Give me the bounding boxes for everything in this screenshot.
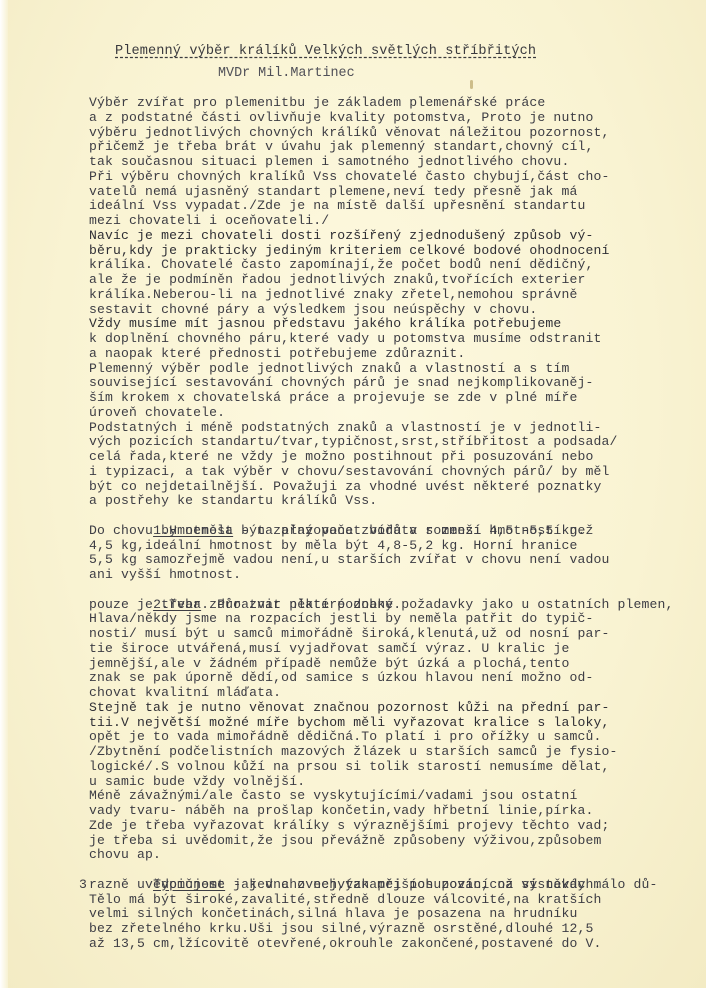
- text-line: znak se pak úporně dědí,od samice s úzko…: [89, 671, 689, 686]
- text-line: králíka.Neberou-li na jednotlivé znaky z…: [89, 288, 689, 303]
- text-line: tie široce utvářená,musí vyjadřovat samč…: [89, 642, 689, 657]
- text-line: až 13,5 cm,lžícovitě otevřené,okrouhle z…: [89, 937, 689, 952]
- section-typicality: 3Typičnost - jedna z nejvýznamějších poz…: [89, 863, 689, 952]
- text-line: chovu ap.: [89, 848, 689, 863]
- document-author: MVDr Mil.Martinec: [218, 66, 355, 81]
- text-line: být co nejdetailnější. Považuji za vhodn…: [89, 480, 689, 495]
- text-line: k doplnění chovného páru,které vady u po…: [89, 332, 689, 347]
- text-line: chovat kvalitní mláďata.: [89, 686, 689, 701]
- ink-smudge: [470, 80, 473, 89]
- text-line: 5,5 kg samozřejmě vadou není,u starších …: [89, 553, 689, 568]
- text-line: Tělo má být široké,zavalité,středně dlou…: [89, 893, 689, 908]
- text-line: tii.V největší možné míře bychom měli vy…: [89, 716, 689, 731]
- intro-paragraphs: Výběr zvířat pro plemenitbu je základem …: [89, 96, 689, 509]
- section-number: 3: [79, 878, 87, 893]
- text-line: logické/.S volnou kůží na prsou si tolik…: [89, 760, 689, 775]
- text-line: Podstatných i méně podstatných znaků a v…: [89, 421, 689, 436]
- text-line: výběru jednotlivých chovných králíků věn…: [89, 126, 689, 141]
- section-weight: 1.Hmotnost - na plný počet bodů v rozmez…: [89, 509, 689, 583]
- text-line: Vždy musíme mít jasnou představu jakého …: [89, 317, 689, 332]
- text-line: související sestavování chovných párů je…: [89, 376, 689, 391]
- text-line: Hlava/někdy jsme na rozpacích jestli by …: [89, 612, 689, 627]
- text-line: 4,5 kg,ideální hmotnost by měla být 4,8-…: [89, 539, 689, 554]
- text-line: /Zbytnění podčelistních mazových žlázek …: [89, 745, 689, 760]
- text-line: Stejně tak je nutno věnovat značnou pozo…: [89, 701, 689, 716]
- text-line: a postřehy ke standartu králíků Vss.: [89, 494, 689, 509]
- text-line: Do chovu by neměla být zařazovana zvířat…: [89, 524, 689, 539]
- text-line: ale že je podmíněn řadou jednotlivých zn…: [89, 273, 689, 288]
- text-line: běru,kdy je prakticky jediným kriteriem …: [89, 244, 689, 259]
- text-line: tak současnou situaci plemen i samotného…: [89, 155, 689, 170]
- document-body: Výběr zvířat pro plemenitbu je základem …: [89, 96, 689, 952]
- text-line: je třeba si uvědomit,že jsou převážně zp…: [89, 834, 689, 849]
- text-line: Zde je třeba vyřazovat králíky s výrazně…: [89, 819, 689, 834]
- text-line: králíka. Chovatelé často zapomínají,že p…: [89, 258, 689, 273]
- text-line: Výběr zvířat pro plemenitbu je základem …: [89, 96, 689, 111]
- text-line: u samic bude vždy volnější.: [89, 775, 689, 790]
- text-line: opět je to vada mimořádně dědičná.To pla…: [89, 730, 689, 745]
- text-line: Plemenný výběr podle jednotlivých znaků …: [89, 362, 689, 377]
- text-line: bez zřetelného krku.Uši jsou silné,výraz…: [89, 922, 689, 937]
- section-heading: Typičnost: [153, 877, 225, 892]
- text-line: vatelů nemá ujasněný standart plemene,ne…: [89, 185, 689, 200]
- text-line: a z podstatné části ovlivňuje kvality po…: [89, 111, 689, 126]
- text-line: vady tvaru- náběh na prošlap končetin,va…: [89, 804, 689, 819]
- text-line: Při výběru chovných kralíků Vss chovatel…: [89, 170, 689, 185]
- typewritten-page: Plemenný výběr králíků Velkých světlých …: [0, 0, 706, 988]
- text-line: celá řada,které ne vždy je možno postihn…: [89, 450, 689, 465]
- text-line: úroveň chovatele.: [89, 406, 689, 421]
- text-line: ani vyšší hmotnost.: [89, 568, 689, 583]
- text-line: i typizaci, a tak výběr v chovu/sestavov…: [89, 465, 689, 480]
- text-line: a naopak které přednosti potřebujeme zdů…: [89, 347, 689, 362]
- text-line: Navíc je mezi chovateli dosti rozšířený …: [89, 229, 689, 244]
- text-line: sestavit chovné páry a výsledkem jsou ne…: [89, 303, 689, 318]
- section-heading-rest: - jedna z nejvýznamějších pozic,což si n…: [225, 877, 657, 892]
- document-title: Plemenný výběr králíků Velkých světlých …: [115, 44, 536, 59]
- text-line: velmi silných končetinách,silná hlava je…: [89, 907, 689, 922]
- text-line: ším krokem x chovatelská práce a projevu…: [89, 391, 689, 406]
- section-shape: 2.Tvar. Pro tvar platí podobné požadavky…: [89, 583, 689, 863]
- text-line: jemnější,ale v žádném případě nemůže být…: [89, 657, 689, 672]
- text-line: mezi chovateli i oceňovateli./: [89, 214, 689, 229]
- text-line: Méně závažnými/ale často se vyskytujícím…: [89, 789, 689, 804]
- text-line: nosti/ musí být u samců mimořádně široká…: [89, 627, 689, 642]
- text-line: vých pozicích standartu/tvar,typičnost,s…: [89, 435, 689, 450]
- text-line: ideální Vss vypadat./Zde je na místě dal…: [89, 199, 689, 214]
- text-line: přičemž je třeba brát v úvahu jak plemen…: [89, 140, 689, 155]
